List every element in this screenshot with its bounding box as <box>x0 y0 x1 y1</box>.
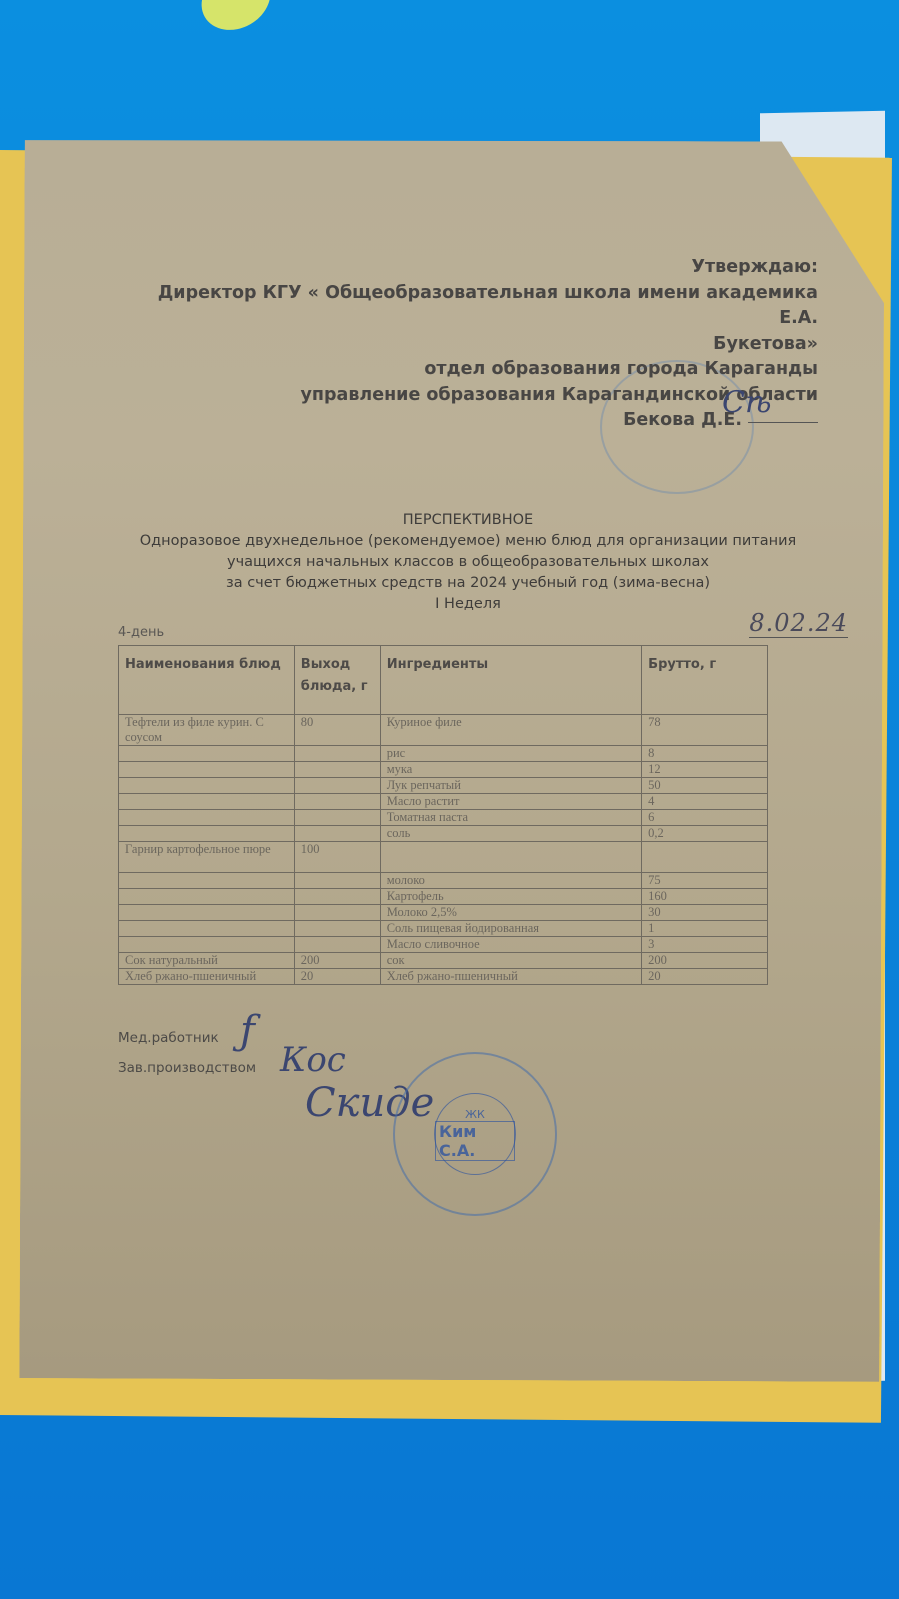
table-row: Хлеб ржано-пшеничный20Хлеб ржано-пшеничн… <box>119 968 768 984</box>
table-cell: 80 <box>294 714 380 745</box>
table-row: Молоко 2,5%30 <box>119 904 768 920</box>
table-cell: 78 <box>642 714 768 745</box>
column-header: Наименования блюд <box>119 645 295 714</box>
table-row: Томатная паста6 <box>119 809 768 825</box>
table-row: мука12 <box>119 761 768 777</box>
menu-table: Наименования блюд Выход блюда, г Ингреди… <box>118 645 768 985</box>
table-cell: Масло растит <box>380 793 641 809</box>
table-cell: Картофель <box>380 888 641 904</box>
table-row: рис8 <box>119 745 768 761</box>
table-cell <box>119 904 295 920</box>
table-cell: Гарнир картофельное пюре <box>119 841 295 872</box>
table-cell <box>294 793 380 809</box>
background-decoration <box>190 0 281 42</box>
table-cell <box>119 888 295 904</box>
seal-center: ЖК Ким С.А. <box>434 1093 516 1175</box>
table-cell: Хлеб ржано-пшеничный <box>119 968 295 984</box>
table-cell: Тефтели из филе курин. С соусом <box>119 714 295 745</box>
table-cell: Сок натуральный <box>119 952 295 968</box>
table-cell: соль <box>380 825 641 841</box>
table-cell: 0,2 <box>642 825 768 841</box>
table-cell <box>119 936 295 952</box>
day-row: 4-день 8.02.24 <box>118 615 818 641</box>
seal-name: Ким С.А. <box>435 1121 515 1161</box>
table-cell <box>119 825 295 841</box>
table-cell: Молоко 2,5% <box>380 904 641 920</box>
column-header: Брутто, г <box>642 645 768 714</box>
title-line: учащихся начальных классов в общеобразов… <box>118 552 818 573</box>
table-cell: 200 <box>294 952 380 968</box>
title-line: Одноразовое двухнедельное (рекомендуемое… <box>118 531 818 552</box>
table-cell: рис <box>380 745 641 761</box>
table-cell <box>294 872 380 888</box>
table-cell: 75 <box>642 872 768 888</box>
table-cell: 50 <box>642 777 768 793</box>
table-cell: Хлеб ржано-пшеничный <box>380 968 641 984</box>
table-cell <box>119 872 295 888</box>
table-cell: 20 <box>642 968 768 984</box>
table-row: Соль пищевая йодированная1 <box>119 920 768 936</box>
table-cell <box>380 841 641 872</box>
table-row: Масло растит4 <box>119 793 768 809</box>
week-label: I Неделя <box>118 594 818 615</box>
menu-document: Утверждаю: Директор КГУ « Общеобразовате… <box>118 255 818 1083</box>
table-cell <box>294 936 380 952</box>
table-cell: 30 <box>642 904 768 920</box>
table-cell <box>119 793 295 809</box>
personal-seal-stamp: ЖК Ким С.А. <box>393 1052 557 1216</box>
table-cell: сок <box>380 952 641 968</box>
approval-line: отдел образования города Караганды <box>118 357 818 383</box>
table-cell: 3 <box>642 936 768 952</box>
table-cell: Соль пищевая йодированная <box>380 920 641 936</box>
table-cell: молоко <box>380 872 641 888</box>
table-cell <box>294 809 380 825</box>
table-cell: Куриное филе <box>380 714 641 745</box>
table-header-row: Наименования блюд Выход блюда, г Ингреди… <box>119 645 768 714</box>
table-row: Лук репчатый50 <box>119 777 768 793</box>
signature-line <box>748 422 818 423</box>
table-cell <box>642 841 768 872</box>
column-header: Выход блюда, г <box>294 645 380 714</box>
table-cell: 6 <box>642 809 768 825</box>
table-cell <box>119 920 295 936</box>
table-row: соль0,2 <box>119 825 768 841</box>
table-cell <box>294 920 380 936</box>
table-cell <box>119 745 295 761</box>
table-cell: 20 <box>294 968 380 984</box>
table-cell: 100 <box>294 841 380 872</box>
column-header: Ингредиенты <box>380 645 641 714</box>
approval-block: Утверждаю: Директор КГУ « Общеобразовате… <box>118 255 818 434</box>
table-cell <box>294 904 380 920</box>
approval-line: Директор КГУ « Общеобразовательная школа… <box>118 281 818 332</box>
table-cell <box>294 745 380 761</box>
approval-line: Букетова» <box>118 332 818 358</box>
title-line: за счет бюджетных средств на 2024 учебны… <box>118 573 818 594</box>
table-cell: 4 <box>642 793 768 809</box>
table-cell <box>294 777 380 793</box>
document-title: ПЕРСПЕКТИВНОЕ Одноразовое двухнедельное … <box>118 510 818 615</box>
table-row: Картофель160 <box>119 888 768 904</box>
production-signature: Кос <box>280 1040 346 1080</box>
table-body: Тефтели из филе курин. С соусом80Куриное… <box>119 714 768 984</box>
table-row: Тефтели из филе курин. С соусом80Куриное… <box>119 714 768 745</box>
director-signature: Сѣ <box>722 385 771 420</box>
table-row: Масло сливочное3 <box>119 936 768 952</box>
table-cell <box>119 761 295 777</box>
handwritten-date: 8.02.24 <box>749 609 848 638</box>
table-row: молоко75 <box>119 872 768 888</box>
table-cell: 200 <box>642 952 768 968</box>
table-cell: Лук репчатый <box>380 777 641 793</box>
table-cell: мука <box>380 761 641 777</box>
seal-top-text: ЖК <box>465 1108 485 1121</box>
table-cell <box>294 888 380 904</box>
table-cell: Масло сливочное <box>380 936 641 952</box>
table-cell <box>119 777 295 793</box>
table-row: Сок натуральный200сок200 <box>119 952 768 968</box>
table-row: Гарнир картофельное пюре100 <box>119 841 768 872</box>
approval-heading: Утверждаю: <box>118 255 818 281</box>
table-cell: 12 <box>642 761 768 777</box>
table-cell: 1 <box>642 920 768 936</box>
approval-signatory: Бекова Д.Е. <box>118 408 818 434</box>
table-cell: Томатная паста <box>380 809 641 825</box>
title-kind: ПЕРСПЕКТИВНОЕ <box>118 510 818 531</box>
medical-worker-label: Мед.работник <box>118 1023 818 1053</box>
table-cell <box>294 761 380 777</box>
table-cell: 160 <box>642 888 768 904</box>
day-label: 4-день <box>118 625 164 640</box>
table-cell <box>294 825 380 841</box>
medical-signature: ƒ <box>240 1008 255 1054</box>
table-cell: 8 <box>642 745 768 761</box>
approval-line: управление образования Карагандинской об… <box>118 383 818 409</box>
table-cell <box>119 809 295 825</box>
